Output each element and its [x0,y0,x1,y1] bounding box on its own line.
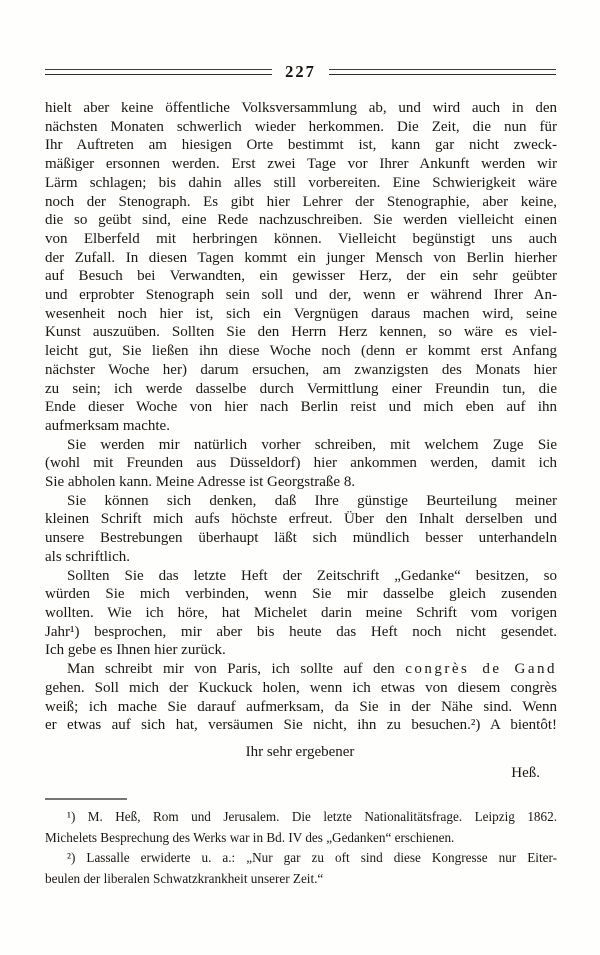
text-line: ¹) M. Heß, Rom und Jerusalem. Die letzte… [45,807,557,828]
text-line: wollten. Wie ich höre, hat Michelet dari… [45,604,557,623]
header-rule-left [45,69,272,75]
footnotes: ¹) M. Heß, Rom und Jerusalem. Die letzte… [45,807,557,889]
text-line: ²) Lassalle erwiderte u. a.: „Nur gar zu… [45,848,557,869]
text-line: (wohl mit Freunden aus Düsseldorf) hier … [45,454,557,473]
text-line: der Zufall. In diesen Tagen kommt ein ju… [45,249,557,268]
text-line: weiß; ich mache Sie darauf aufmerksam, d… [45,698,557,717]
page-header: 227 [45,60,556,84]
text-line: Lärm schlagen; bis dahin alles still vor… [45,174,557,193]
text-line: würden Sie mich verbinden, wenn Sie mir … [45,585,557,604]
text-line: und erprobter Stenograph sein soll und d… [45,286,557,305]
book-page: 227 hielt aber keine öffentliche Volksve… [0,0,600,955]
text-line: Ich gebe es Ihnen hier zurück. [45,641,557,660]
text-line: leicht gut, Sie ließen ihn diese Woche n… [45,342,557,361]
spaced-text: congrès de Gand [405,661,557,677]
header-rule-right [329,69,556,75]
text-line: aufmerksam machte. [45,417,557,436]
closing-line: Ihr sehr ergebener [0,744,600,761]
text-line: zu sein; ich werde dasselbe durch Vermit… [45,380,557,399]
text-line: Man schreibt mir von Paris, ich sollte a… [45,660,557,679]
text-line: Ende dieser Woche von hier nach Berlin r… [45,398,557,417]
text-line: gehen. Soll mich der Kuckuck holen, wenn… [45,679,557,698]
page-number: 227 [272,62,329,82]
text-line: Kunst auszuüben. Sollten Sie den Herrn H… [45,323,557,342]
text-line: noch der Stenograph. Es gibt hier Lehrer… [45,193,557,212]
text-line: hielt aber keine öffentliche Volksversam… [45,99,557,118]
footnote: ²) Lassalle erwiderte u. a.: „Nur gar zu… [45,848,557,889]
text-line: beulen der liberalen Schwatzkrankheit un… [45,869,557,890]
text-line: Ihr Auftreten am hiesigen Orte bestimmt … [45,136,557,155]
paragraph: Sollten Sie das letzte Heft der Zeitschr… [45,567,557,661]
body-text: hielt aber keine öffentliche Volksversam… [45,99,557,735]
footnote-separator [45,798,127,800]
text-line: Michelets Besprechung des Werks war in B… [45,828,557,849]
text-line: er etwas auf sich hat, versäumen Sie nic… [45,716,557,735]
text-line: die so geübt sind, eine Rede nachzuschre… [45,211,557,230]
text-line: Sie können sich denken, daß Ihre günstig… [45,492,557,511]
text-line: Sollten Sie das letzte Heft der Zeitschr… [45,567,557,586]
text-line: auf Besuch bei Verwandten, ein gewisser … [45,267,557,286]
text-line: nächster Woche her) darum ersuchen, am z… [45,361,557,380]
text-line: kleinen Schrift mich aufs höchste erfreu… [45,510,557,529]
paragraph: Man schreibt mir von Paris, ich sollte a… [45,660,557,735]
text-line: wesenheit noch hier ist, sich ein Vergnü… [45,305,557,324]
text-line: mäßiger ersonnen werden. Erst zwei Tage … [45,155,557,174]
footnote: ¹) M. Heß, Rom und Jerusalem. Die letzte… [45,807,557,848]
paragraph: hielt aber keine öffentliche Volksversam… [45,99,557,436]
text-line: unsere Bestrebungen überhaupt läßt sich … [45,529,557,548]
text-line: Jahr¹) besprochen, mir aber bis heute da… [45,623,557,642]
text-line: nächsten Monaten schwerlich wieder herko… [45,118,557,137]
signature: Heß. [0,765,540,782]
text-line: als schriftlich. [45,548,557,567]
text-segment: Man schreibt mir von Paris, ich sollte a… [67,661,405,677]
paragraph: Sie können sich denken, daß Ihre günstig… [45,492,557,567]
text-line: Sie werden mir natürlich vorher schreibe… [45,436,557,455]
text-line: Sie abholen kann. Meine Adresse ist Geor… [45,473,557,492]
paragraph: Sie werden mir natürlich vorher schreibe… [45,436,557,492]
text-line: von Elberfeld mit herbringen können. Vie… [45,230,557,249]
